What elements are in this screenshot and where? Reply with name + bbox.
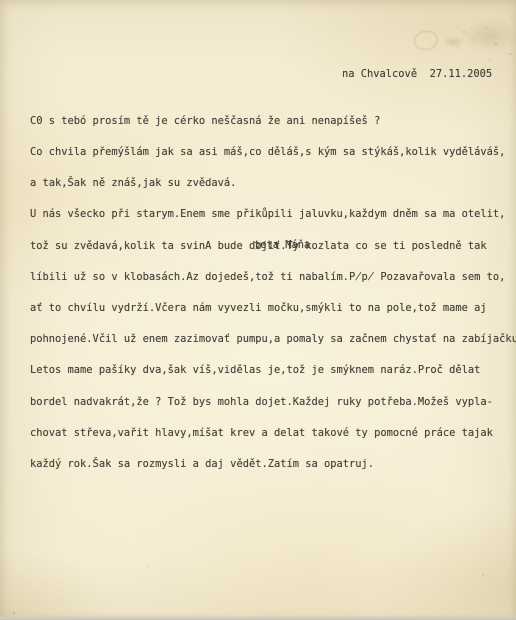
letter-dateline: na Chvalcově 27.11.2005 (342, 68, 492, 80)
letter-line-4: U nás všecko při starym.Enem sme přikůpi… (30, 209, 516, 219)
scanned-letter-paper: na Chvalcově 27.11.2005 C0 s tebó prosím… (0, 0, 516, 620)
letter-line-7: ať to chvílu vydrží.Včera nám vyvezli mo… (30, 303, 516, 313)
letter-line-6: líbili už so v klobasách.Az dojedeš,tož … (30, 272, 516, 282)
letter-line-8: pohnojené.Včil už enem zazimovať pumpu,a… (30, 334, 516, 344)
stain-smudge (400, 10, 516, 68)
stain-ring (413, 29, 439, 51)
letter-signature: teta Máňa (254, 239, 310, 251)
letter-line-10: bordel nadvakrát,že ? Tož bys mohla doje… (30, 397, 516, 407)
letter-line-12: každý rok.Šak sa rozmysli a daj vědět.Za… (30, 459, 516, 469)
scan-bottom-edge (0, 615, 516, 620)
letter-line-9: Letos mame pašíky dva,šak víš,vidělas je… (30, 365, 516, 375)
letter-line-2: Co chvila přemýšlám jak sa asi máš,co dě… (30, 147, 516, 157)
letter-line-11: chovat střeva,vařit hlavy,míšat krev a d… (30, 428, 516, 438)
letter-line-1: C0 s tebó prosím tě je cérko neščasná že… (30, 116, 516, 126)
letter-line-3: a tak,Šak ně znáš,jak su zvědavá. (30, 178, 516, 188)
letter-body: C0 s tebó prosím tě je cérko neščasná že… (30, 95, 516, 490)
